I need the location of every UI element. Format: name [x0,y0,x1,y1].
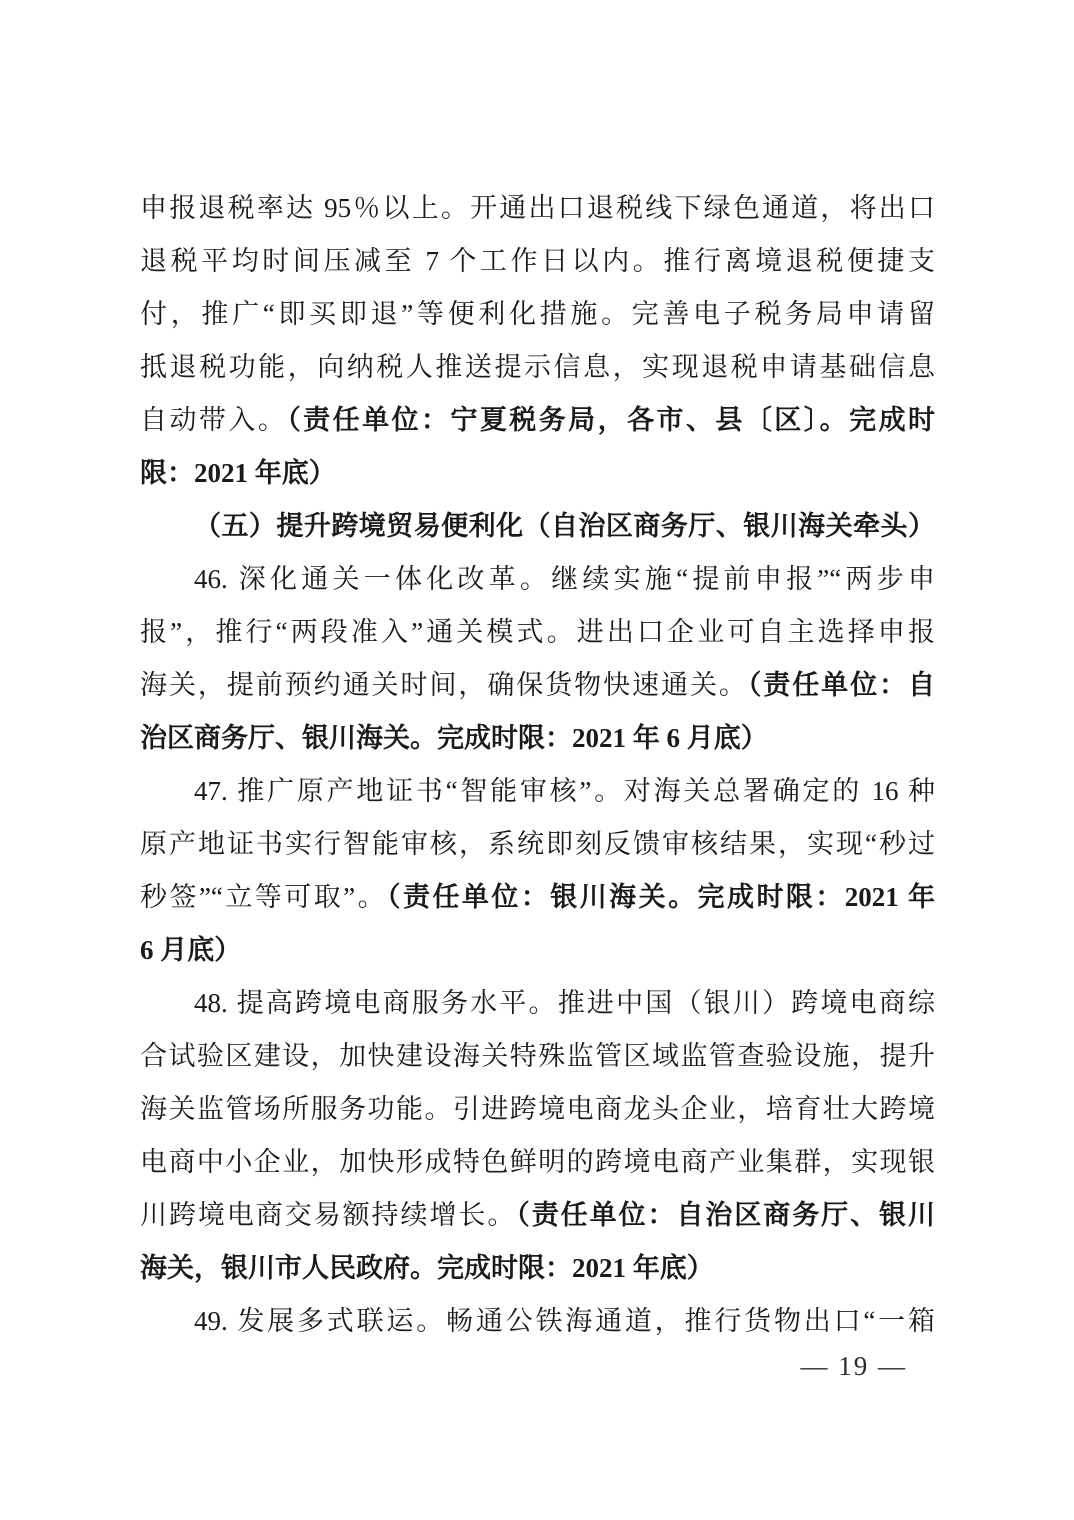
emphasis-text: 海关，银川市人民政府。完成时限：2021 年底） [140,1253,714,1283]
body-text: 抵退税功能，向纳税人推送提示信息，实现退税申请基础信息 [140,352,935,382]
text-line: 电商中小企业，加快形成特色鲜明的跨境电商产业集群，实现银 [140,1136,935,1189]
body-text: 秒签”“立等可取”。 [140,882,387,912]
text-line: 46. 深化通关一体化改革。继续实施“提前申报”“两步申 [140,553,935,606]
text-line: 原产地证书实行智能审核，系统即刻反馈审核结果，实现“秒过 [140,818,935,871]
body-text: 合试验区建设，加快建设海关特殊监管区域监管查验设施，提升 [140,1041,935,1071]
text-line: 48. 提高跨境电商服务水平。推进中国（银川）跨境电商综 [140,977,935,1030]
text-line: 申报退税率达 95％以上。开通出口退税线下绿色通道，将出口 [140,182,935,235]
emphasis-text: 6 月底） [140,935,241,965]
emphasis-text: （责任单位：自治区商务厅、银川 [516,1200,935,1230]
body-text: 原产地证书实行智能审核，系统即刻反馈审核结果，实现“秒过 [140,829,935,859]
text-line: 抵退税功能，向纳税人推送提示信息，实现退税申请基础信息 [140,341,935,394]
text-line: 自动带入。（责任单位：宁夏税务局，各市、县〔区〕。完成时 [140,394,935,447]
text-line: 秒签”“立等可取”。（责任单位：银川海关。完成时限：2021 年 [140,871,935,924]
body-text: 报”，推行“两段准入”通关模式。进出口企业可自主选择申报 [140,617,935,647]
text-line: 海关监管场所服务功能。引进跨境电商龙头企业，培育壮大跨境 [140,1083,935,1136]
emphasis-text: （责任单位：宁夏税务局，各市、县〔区〕。完成时 [287,405,935,435]
body-text: 49. 发展多式联运。畅通公铁海通道，推行货物出口“一箱 [194,1306,935,1336]
body-text: 海关监管场所服务功能。引进跨境电商龙头企业，培育壮大跨境 [140,1094,935,1124]
emphasis-text: 限：2021 年底） [140,458,336,488]
text-line: 49. 发展多式联运。畅通公铁海通道，推行货物出口“一箱 [140,1295,935,1348]
page-number: — 19 — [801,1348,908,1384]
text-line: 治区商务厅、银川海关。完成时限：2021 年 6 月底） [140,712,935,765]
body-text: 川跨境电商交易额持续增长。 [140,1200,516,1230]
body-text: 47. 推广原产地证书“智能审核”。对海关总署确定的 16 种 [194,776,935,806]
body-text: 自动带入。 [140,405,287,435]
document-body: 申报退税率达 95％以上。开通出口退税线下绿色通道，将出口退税平均时间压减至 7… [140,182,935,1348]
document-page: 申报退税率达 95％以上。开通出口退税线下绿色通道，将出口退税平均时间压减至 7… [0,0,1074,1520]
emphasis-text: （五）提升跨境贸易便利化（自治区商务厅、银川海关牵头） [194,511,935,541]
body-text: 退税平均时间压减至 7 个工作日以内。推行离境退税便捷支 [140,246,935,276]
text-line: 退税平均时间压减至 7 个工作日以内。推行离境退税便捷支 [140,235,935,288]
text-line: 47. 推广原产地证书“智能审核”。对海关总署确定的 16 种 [140,765,935,818]
emphasis-text: 治区商务厅、银川海关。完成时限：2021 年 6 月底） [140,723,768,753]
body-text: 海关，提前预约通关时间，确保货物快速通关。 [140,670,748,700]
text-line: 合试验区建设，加快建设海关特殊监管区域监管查验设施，提升 [140,1030,935,1083]
text-line: 海关，银川市人民政府。完成时限：2021 年底） [140,1242,935,1295]
text-line: 报”，推行“两段准入”通关模式。进出口企业可自主选择申报 [140,606,935,659]
text-line: 海关，提前预约通关时间，确保货物快速通关。（责任单位：自 [140,659,935,712]
emphasis-text: （责任单位：自 [748,670,935,700]
text-line: 川跨境电商交易额持续增长。（责任单位：自治区商务厅、银川 [140,1189,935,1242]
emphasis-text: （责任单位：银川海关。完成时限：2021 年 [387,882,935,912]
body-text: 电商中小企业，加快形成特色鲜明的跨境电商产业集群，实现银 [140,1147,935,1177]
body-text: 48. 提高跨境电商服务水平。推进中国（银川）跨境电商综 [194,988,935,1018]
text-line: （五）提升跨境贸易便利化（自治区商务厅、银川海关牵头） [140,500,935,553]
text-line: 6 月底） [140,924,935,977]
text-line: 付，推广“即买即退”等便利化措施。完善电子税务局申请留 [140,288,935,341]
body-text: 46. 深化通关一体化改革。继续实施“提前申报”“两步申 [194,564,935,594]
body-text: 付，推广“即买即退”等便利化措施。完善电子税务局申请留 [140,299,935,329]
body-text: 申报退税率达 95％以上。开通出口退税线下绿色通道，将出口 [140,193,935,223]
text-line: 限：2021 年底） [140,447,935,500]
